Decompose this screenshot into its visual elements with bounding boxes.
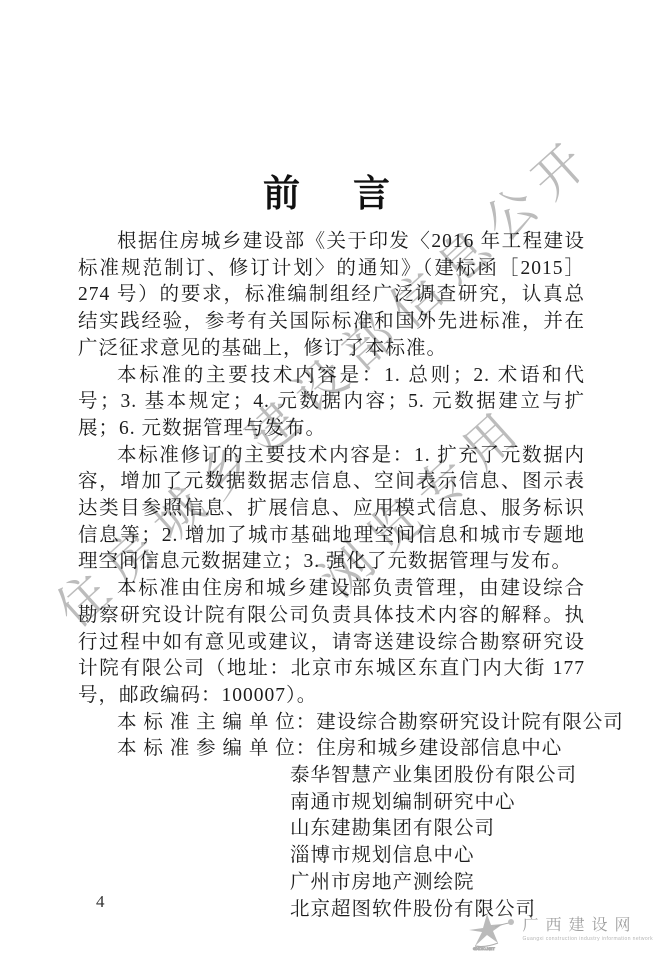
- participating-editor-line: 本 标 准 参 编 单 位：住房和城乡建设部信息中心: [78, 736, 585, 763]
- chief-editor-value: 建设综合勘察研究设计院有限公司: [316, 712, 624, 733]
- list-item: 广州市房地产测绘院: [290, 870, 585, 897]
- paragraph-main-contents: 本标准的主要技术内容是：1. 总则；2. 术语和代号；3. 基本规定；4. 元数…: [78, 363, 585, 443]
- list-item: 泰华智慧产业集团股份有限公司: [290, 763, 585, 790]
- page-number: 4: [96, 892, 105, 912]
- paragraph-management: 本标准由住房和城乡建设部负责管理，由建设综合勘察研究设计院有限公司负责具体技术内…: [78, 576, 585, 710]
- site-name: 广西建设网: [523, 918, 654, 934]
- participating-units-list: 泰华智慧产业集团股份有限公司 南通市规划编制研究中心 山东建勘集团有限公司 淄博…: [78, 763, 585, 923]
- list-item: 南通市规划编制研究中心: [290, 790, 585, 817]
- star-logo-icon: GXCIC.NET: [465, 908, 517, 952]
- site-logo-watermark: GXCIC.NET 广西建设网 Guangxi construction ind…: [465, 908, 654, 952]
- site-logo-text: 广西建设网 Guangxi construction industry info…: [523, 918, 654, 942]
- document-page: 住房城乡建设部信息公开 浏览专用 前 言 根据住房城乡建设部《关于印发〈2016…: [0, 0, 661, 958]
- participating-label: 本 标 准 参 编 单 位：: [117, 738, 316, 759]
- body-text: 根据住房城乡建设部《关于印发〈2016 年工程建设标准规范制订、修订计划〉的通知…: [78, 229, 585, 923]
- svg-text:GXCIC.NET: GXCIC.NET: [473, 946, 495, 951]
- list-item: 山东建勘集团有限公司: [290, 816, 585, 843]
- paragraph-revision-contents: 本标准修订的主要技术内容是：1. 扩充了元数据内容，增加了元数据数据志信息、空间…: [78, 443, 585, 577]
- participating-first-value: 住房和城乡建设部信息中心: [316, 738, 562, 759]
- page-title: 前 言: [0, 163, 661, 217]
- chief-editor-line: 本 标 准 主 编 单 位：建设综合勘察研究设计院有限公司: [78, 710, 585, 737]
- document-content: 前 言 根据住房城乡建设部《关于印发〈2016 年工程建设标准规范制订、修订计划…: [0, 0, 661, 958]
- site-tagline: Guangxi construction industry informatio…: [523, 936, 654, 942]
- paragraph-basis: 根据住房城乡建设部《关于印发〈2016 年工程建设标准规范制订、修订计划〉的通知…: [78, 229, 585, 363]
- chief-editor-label: 本 标 准 主 编 单 位：: [117, 712, 316, 733]
- list-item: 淄博市规划信息中心: [290, 843, 585, 870]
